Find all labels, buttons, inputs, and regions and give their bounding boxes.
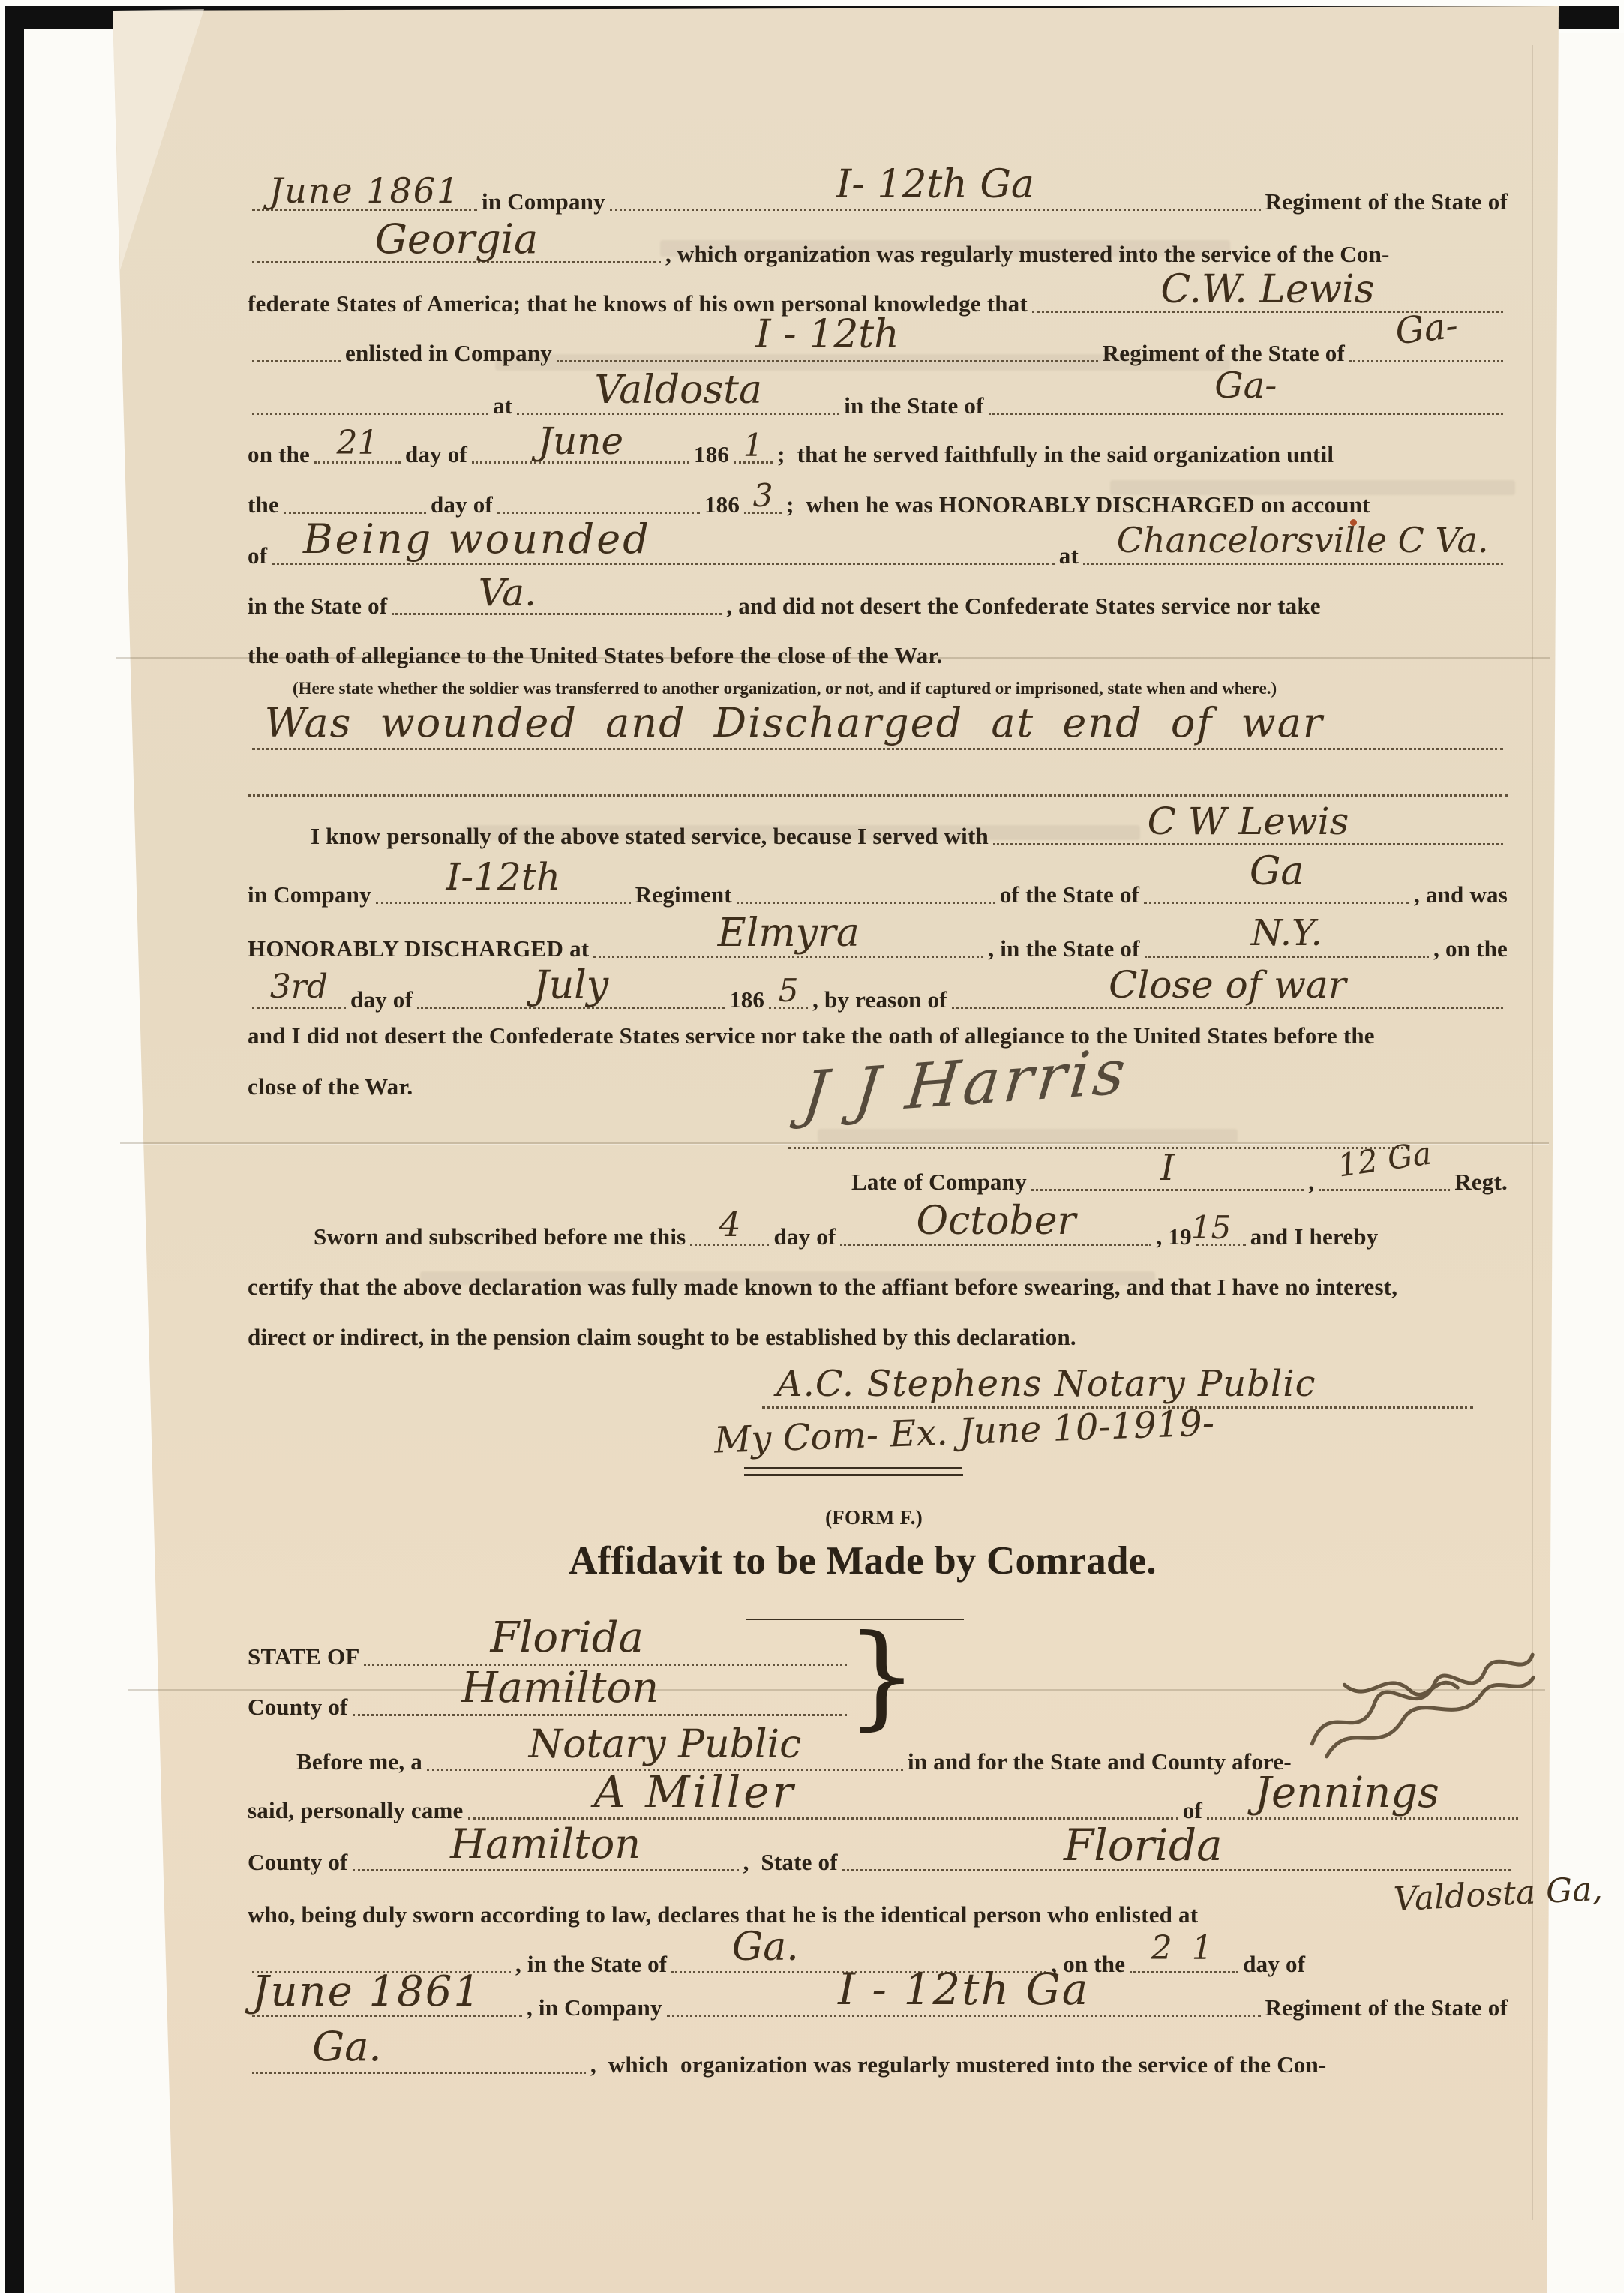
printed-text: certify that the above declaration was f… bbox=[248, 1274, 1397, 1301]
hw-state: Ga bbox=[1250, 854, 1304, 890]
form-line: I know personally of the above stated se… bbox=[248, 824, 1508, 850]
ink-scribble bbox=[1301, 1650, 1549, 1763]
blank-soldier: C W Lewis bbox=[993, 839, 1503, 845]
form-line: and I did not desert the Confederate Sta… bbox=[248, 1023, 1508, 1049]
hw-discharge-place: Chancelorsville C Va. bbox=[1117, 525, 1489, 556]
hw-soldier-name: C W Lewis bbox=[1148, 805, 1349, 839]
blank-month: July bbox=[417, 1002, 725, 1009]
form-label: (FORM F.) bbox=[675, 1506, 1073, 1529]
form-line: County of Hamilton bbox=[248, 1694, 851, 1721]
printed-label: County of bbox=[248, 1850, 348, 1876]
form-line: said, personally came A Miller of Jennin… bbox=[248, 1798, 1523, 1824]
printed-label: at bbox=[1059, 543, 1079, 569]
blank-state: Ga bbox=[1144, 897, 1409, 904]
printed-label: at bbox=[493, 393, 512, 419]
printed-label: , in Company bbox=[527, 1995, 662, 2021]
blank-person: A Miller bbox=[468, 1813, 1178, 1820]
hw-day: 2 1 bbox=[1151, 1934, 1217, 1964]
form-line: the oath of allegiance to the United Sta… bbox=[248, 643, 1508, 669]
blank-state: Ga- bbox=[989, 408, 1503, 415]
form-line: in Company I-12th Regiment of the State … bbox=[248, 882, 1508, 908]
hw-company: I-12th bbox=[446, 860, 561, 894]
printed-label: in the State of bbox=[844, 393, 983, 419]
hw-state: Florida bbox=[491, 1619, 644, 1657]
document-scan: June 1861 in Company I- 12th Ga Regiment… bbox=[0, 0, 1624, 2293]
form-line: on the 21 day of June 186 1 ; that he se… bbox=[248, 442, 1508, 468]
printed-label: , in the State of bbox=[515, 1952, 667, 1978]
form-line: Georgia , which organization was regular… bbox=[248, 242, 1508, 268]
blank-regiment bbox=[737, 897, 995, 904]
hw-year-digit: 1 bbox=[743, 431, 764, 460]
hw-company: I - 12th Ga bbox=[838, 1970, 1089, 2009]
hw-county: Hamilton bbox=[461, 1670, 659, 1707]
blank-state: N.Y. bbox=[1145, 951, 1429, 958]
hw-month: October bbox=[917, 1204, 1076, 1239]
printed-label: day of bbox=[405, 442, 467, 468]
hw-month: July bbox=[533, 968, 608, 1004]
printed-label: , bbox=[1308, 1169, 1314, 1196]
printed-text: who, being duly sworn according to law, … bbox=[248, 1902, 1198, 1928]
hw-enlist-date: June 1861 bbox=[252, 1973, 482, 2011]
printed-label: , 19 bbox=[1156, 1224, 1191, 1250]
hw-state: N.Y. bbox=[1251, 917, 1322, 950]
blank-transfer: Was wounded and Discharged at end of war bbox=[252, 743, 1503, 750]
hw-company: I- 12th Ga bbox=[836, 167, 1034, 203]
printed-text: said, personally came bbox=[248, 1798, 464, 1824]
printed-label: enlisted in Company bbox=[345, 341, 552, 367]
blank-day: 3rd bbox=[252, 1002, 346, 1009]
blank-state: Ga. bbox=[252, 2067, 586, 2074]
blank-year-digit: 3 bbox=[744, 507, 782, 514]
printed-label: day of bbox=[431, 492, 493, 518]
hw-place: Valdosta bbox=[594, 373, 762, 408]
printed-label: Regt. bbox=[1454, 1169, 1508, 1196]
hw-person-name: A Miller bbox=[594, 1772, 796, 1811]
printed-text: the oath of allegiance to the United Sta… bbox=[248, 643, 942, 669]
hw-state: Va. bbox=[479, 576, 536, 610]
hw-year-digit: 5 bbox=[779, 977, 799, 1005]
notary-line: A.C. Stephens Notary Public bbox=[758, 1382, 1478, 1409]
printed-label: County of bbox=[248, 1694, 348, 1721]
printed-label: STATE OF bbox=[248, 1644, 359, 1670]
printed-label: , by reason of bbox=[812, 987, 947, 1013]
blank-year-digit: 5 bbox=[769, 1002, 808, 1009]
form-line: County of Hamilton , State of Florida bbox=[248, 1850, 1515, 1876]
printed-label: , State of bbox=[743, 1850, 838, 1876]
hw-year: 15 bbox=[1191, 1214, 1231, 1242]
hw-residence: Jennings bbox=[1255, 1775, 1439, 1812]
hw-soldier-name: C.W. Lewis bbox=[1160, 272, 1374, 308]
form-line: certify that the above declaration was f… bbox=[248, 1274, 1508, 1301]
printed-label: , and was bbox=[1414, 882, 1508, 908]
hw-company: I - 12th bbox=[755, 317, 899, 353]
printed-text: ; that he served faithfully in the said … bbox=[777, 442, 1334, 468]
hw-discharge-place: Elmyra bbox=[718, 916, 860, 951]
blank-month: June bbox=[472, 457, 689, 464]
printed-label: , on the bbox=[1433, 936, 1508, 962]
form-line: HONORABLY DISCHARGED at Elmyra , in the … bbox=[248, 936, 1508, 962]
blank-state: Florida bbox=[842, 1865, 1511, 1871]
empty-rule bbox=[248, 794, 1508, 797]
printed-label: , in the State of bbox=[988, 936, 1139, 962]
printed-text: close of the War. bbox=[248, 1074, 413, 1100]
hw-month: June bbox=[538, 425, 623, 458]
blank-company: I bbox=[1031, 1184, 1304, 1191]
blank-date: June 1861 bbox=[252, 2010, 522, 2017]
form-line: Sworn and subscribed before me this 4 da… bbox=[314, 1224, 1559, 1250]
form-title: Affidavit to be Made by Comrade. bbox=[488, 1539, 1238, 1583]
printed-label: on the bbox=[248, 442, 310, 468]
form-line: enlisted in Company I - 12th Regiment of… bbox=[248, 341, 1508, 367]
blank-company: I - 12th Ga bbox=[667, 2010, 1261, 2017]
blank-day: 21 bbox=[314, 457, 401, 464]
form-line: June 1861 in Company I- 12th Ga Regiment… bbox=[248, 189, 1508, 215]
printed-label: 186 bbox=[729, 987, 764, 1013]
printed-text: ; when he was HONORABLY DISCHARGED on ac… bbox=[786, 492, 1370, 518]
blank-day: 2 1 bbox=[1130, 1967, 1238, 1973]
form-line: in the State of Va. , and did not desert… bbox=[248, 593, 1508, 620]
printed-label: in Company bbox=[248, 882, 371, 908]
printed-label: of bbox=[248, 543, 267, 569]
printed-label: in the State of bbox=[248, 593, 387, 620]
blank-lead bbox=[252, 408, 488, 415]
printed-text: and I did not desert the Confederate Sta… bbox=[248, 1023, 1375, 1049]
hw-regiment: 12 Ga bbox=[1336, 1139, 1433, 1180]
blank-state: Georgia bbox=[252, 257, 661, 263]
printed-text: , and did not desert the Confederate Sta… bbox=[726, 593, 1320, 620]
blank-reason: Being wounded bbox=[272, 558, 1055, 565]
form-line: direct or indirect, in the pension claim… bbox=[248, 1325, 1508, 1351]
form-line: at Valdosta in the State of Ga- bbox=[248, 393, 1508, 419]
form-line: June 1861 , in Company I - 12th Ga Regim… bbox=[248, 1995, 1508, 2021]
printed-label: Regiment of the State of bbox=[1265, 1995, 1508, 2021]
form-line: who, being duly sworn according to law, … bbox=[248, 1902, 1508, 1928]
printed-label: Regiment bbox=[635, 882, 732, 908]
hw-officer-title: Notary Public bbox=[529, 1727, 802, 1763]
brace-glyph: } bbox=[846, 1620, 917, 1733]
printed-label: day of bbox=[350, 987, 413, 1013]
printed-label: and I hereby bbox=[1250, 1224, 1379, 1250]
printed-label: Regiment of the State of bbox=[1103, 341, 1345, 367]
form-line: Ga. , which organization was regularly m… bbox=[248, 2052, 1508, 2078]
blank-year: 15 bbox=[1196, 1239, 1246, 1246]
hw-day: 4 bbox=[719, 1209, 740, 1240]
blank-signature bbox=[788, 1142, 1409, 1149]
printed-label: 186 bbox=[704, 492, 740, 518]
blank-day: 4 bbox=[690, 1239, 769, 1246]
blank-company: I - 12th bbox=[557, 356, 1098, 362]
printed-title: Affidavit to be Made by Comrade. bbox=[569, 1539, 1157, 1583]
blank-state: Ga- bbox=[1349, 356, 1503, 362]
blank-date: June 1861 bbox=[252, 204, 477, 211]
printed-text: direct or indirect, in the pension claim… bbox=[248, 1325, 1076, 1351]
hw-notary-signature: A.C. Stephens Notary Public bbox=[776, 1368, 1316, 1400]
blank-month bbox=[497, 507, 700, 514]
hw-state: Ga- bbox=[1214, 370, 1277, 402]
double-rule bbox=[744, 1467, 962, 1469]
blank-reason: Close of war bbox=[952, 1002, 1503, 1009]
blank-company: I- 12th Ga bbox=[610, 204, 1261, 211]
printed-label: Regiment of the State of bbox=[1265, 189, 1508, 215]
blank-place: Elmyra bbox=[593, 951, 983, 958]
blank-day bbox=[284, 507, 426, 514]
form-line: the day of 186 3 ; when he was HONORABLY… bbox=[248, 492, 1508, 518]
printed-text: I know personally of the above stated se… bbox=[311, 824, 989, 850]
hw-year-digit: 3 bbox=[753, 482, 773, 510]
blank-month: October bbox=[840, 1239, 1151, 1246]
blank-year-digit: 1 bbox=[734, 457, 773, 464]
scan-frame-left bbox=[5, 6, 24, 2293]
printed-label: of the State of bbox=[1000, 882, 1139, 908]
double-rule bbox=[744, 1474, 963, 1476]
blank-company: I-12th bbox=[376, 897, 631, 904]
hw-company: I bbox=[1160, 1152, 1175, 1184]
printed-label: in Company bbox=[482, 189, 605, 215]
blank-regiment: 12 Ga bbox=[1319, 1184, 1450, 1191]
hw-state: Ga- bbox=[1394, 309, 1459, 348]
printed-label: day of bbox=[773, 1224, 836, 1250]
hw-state: Ga. bbox=[312, 2029, 382, 2066]
blank-state: Va. bbox=[392, 608, 722, 615]
printed-label: HONORABLY DISCHARGED at bbox=[248, 936, 589, 962]
hw-day: 3rd bbox=[270, 972, 328, 1002]
blank-place: Valdosta bbox=[517, 408, 839, 415]
hw-discharge-reason: Being wounded bbox=[303, 521, 651, 558]
hw-enlist-place: Valdosta Ga, bbox=[1393, 1874, 1603, 1915]
printed-label: Before me, a bbox=[296, 1749, 422, 1775]
blank-county: Hamilton bbox=[353, 1865, 739, 1871]
signature-line bbox=[784, 1122, 1414, 1149]
printed-label: Late of Company bbox=[851, 1169, 1027, 1196]
hw-enlist-date: June 1861 bbox=[269, 176, 461, 206]
blank-county: Hamilton bbox=[353, 1709, 847, 1716]
printed-label: the bbox=[248, 492, 279, 518]
printed-text: Sworn and subscribed before me this bbox=[314, 1224, 686, 1250]
hw-state: Florida bbox=[1064, 1826, 1223, 1865]
printed-text: in and for the State and County afore- bbox=[908, 1749, 1292, 1775]
hw-discharge-reason: Close of war bbox=[1109, 968, 1346, 1002]
hw-state: Georgia bbox=[375, 221, 538, 258]
form-line: (Here state whether the soldier was tran… bbox=[293, 679, 1478, 698]
blank-lead bbox=[252, 356, 341, 362]
printed-text: federate States of America; that he know… bbox=[248, 291, 1028, 317]
blank-residence: Jennings bbox=[1207, 1813, 1518, 1820]
printed-text: , which organization was regularly muste… bbox=[665, 242, 1390, 268]
printed-label: day of bbox=[1243, 1952, 1305, 1978]
form-line: Late of Company I , 12 Ga Regt. bbox=[851, 1169, 1508, 1196]
form-line: of Being wounded at Chancelorsville C Va… bbox=[248, 543, 1508, 569]
printed-text: , which organization was regularly muste… bbox=[590, 2052, 1326, 2078]
hw-state: Ga. bbox=[732, 1930, 799, 1965]
printed-label: 186 bbox=[694, 442, 729, 468]
hw-day: 21 bbox=[337, 428, 379, 458]
blank-place: Chancelorsville C Va. bbox=[1083, 558, 1503, 565]
form-line: 3rd day of July 186 5 , by reason of Clo… bbox=[248, 987, 1508, 1013]
printed-instruction: (Here state whether the soldier was tran… bbox=[293, 679, 1277, 698]
hw-transfer-statement: Was wounded and Discharged at end of war bbox=[265, 705, 1324, 742]
form-line: Was wounded and Discharged at end of war bbox=[248, 723, 1508, 750]
hw-county: Hamilton bbox=[450, 1826, 641, 1863]
printed-form-label: (FORM F.) bbox=[825, 1506, 923, 1529]
